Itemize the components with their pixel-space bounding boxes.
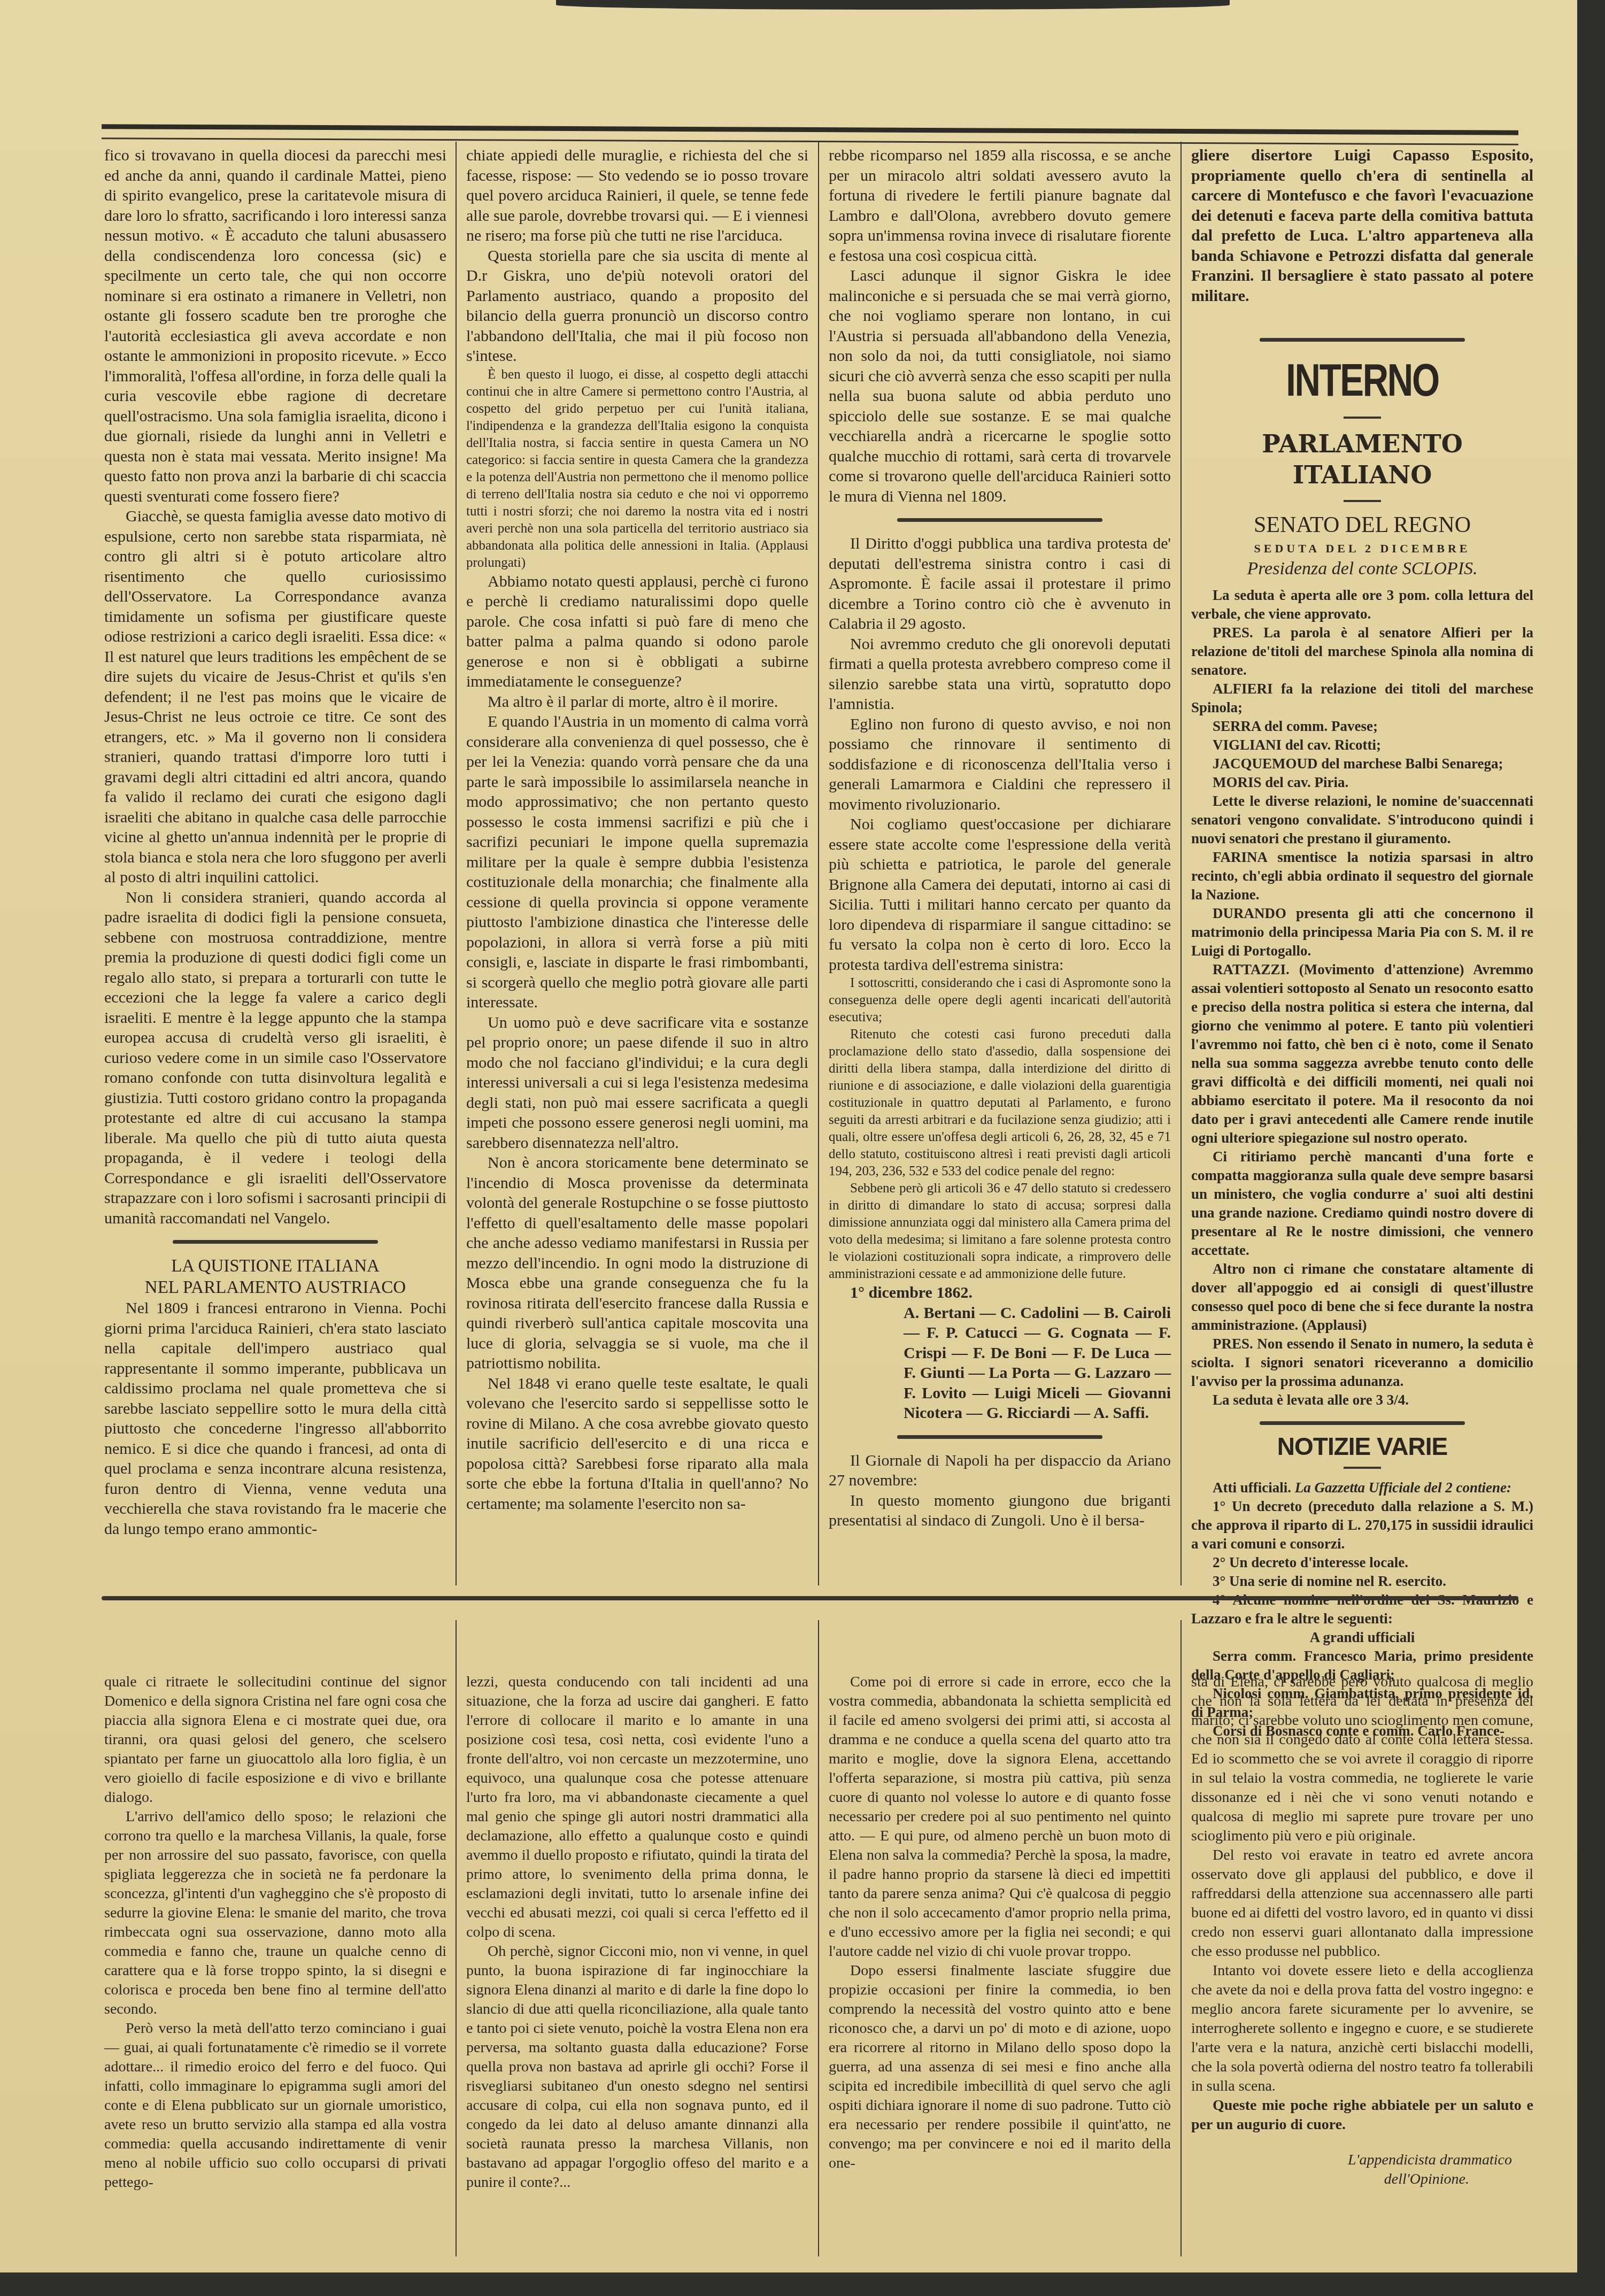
protest-paragraph: Sebbene però gli articoli 36 e 47 dello … (829, 1180, 1171, 1283)
proceedings-paragraph: La seduta è levata alle ore 3 3/4. (1191, 1391, 1533, 1409)
feuilleton-paragraph: Del resto voi eravate in teatro ed avret… (1191, 1846, 1533, 1961)
proceedings-paragraph: DURANDO presenta gli atti che concernono… (1191, 904, 1533, 960)
column-divider (1180, 142, 1182, 1585)
article-paragraph: Non è ancora storicamente bene determina… (466, 1153, 808, 1374)
top-column-4: gliere disertore Luigi Capasso Esposito,… (1191, 145, 1533, 1740)
header-double-rule (102, 124, 1518, 145)
feuilleton-paragraph: Intanto voi dovete essere lieto e della … (1191, 1961, 1533, 2096)
session-date: SEDUTA DEL 2 DICEMBRE (1191, 538, 1533, 559)
signatories-list: A. Bertani — C. Cadolini — B. Cairoli — … (829, 1303, 1171, 1423)
article-paragraph: Questa storiella pare che sia uscita di … (466, 246, 808, 366)
feuilleton-paragraph: stà di Elena, ci sarebbe però voluto qua… (1191, 1673, 1533, 1846)
protest-paragraph: I sottoscritti, considerando che i casi … (829, 975, 1171, 1026)
feuilleton-paragraph: quale ci ritraete le sollecitudini conti… (104, 1673, 446, 1807)
heading-interno: INTERNO (1229, 353, 1495, 407)
proceedings-paragraph: PRES. Non essendo il Senato in numero, l… (1191, 1335, 1533, 1391)
article-paragraph: Abbiamo notato questi applausi, perchè c… (466, 572, 808, 692)
signature-line: L'appendicista drammatico (1191, 2151, 1533, 2170)
heading-parlamento-italiano: PARLAMENTO ITALIANO (1191, 428, 1533, 490)
proceedings-paragraph: MORIS del cav. Piria. (1191, 773, 1533, 792)
proceedings-paragraph: ALFIERI fa la relazione dei titoli del m… (1191, 680, 1533, 717)
article-paragraph: Giacchè, se questa famiglia avesse dato … (104, 506, 446, 888)
section-rule (1260, 1421, 1465, 1425)
scanner-border (0, 2272, 1605, 2296)
column-divider (456, 1620, 457, 2256)
proceedings-paragraph: Ci ritiriamo perchè mancanti d'una forte… (1191, 1147, 1533, 1260)
section-subtitle: NEL PARLAMENTO AUSTRIACO (104, 1277, 446, 1298)
article-paragraph: Non li considera stranieri, quando accor… (104, 888, 446, 1229)
short-rule (1344, 500, 1381, 502)
feuilleton-paragraph: L'arrivo dell'amico dello sposo; le rela… (104, 1807, 446, 2019)
article-paragraph: Lasci adunque il signor Giskra le idee m… (829, 266, 1171, 506)
grandi-ufficiali-heading: A grandi ufficiali (1191, 1628, 1533, 1647)
short-rule (1344, 1467, 1381, 1469)
feuilleton-paragraph: Però verso la metà dell'atto terzo comin… (104, 2019, 446, 2192)
column-divider (1180, 1620, 1182, 2256)
feuilleton-separator (102, 1596, 1518, 1600)
article-paragraph: Un uomo può e deve sacrificare vita e so… (466, 1013, 808, 1153)
article-paragraph: In questo momento giungono due briganti … (829, 1491, 1171, 1531)
feuilleton-paragraph: Dopo essersi finalmente lasciate sfuggir… (829, 1961, 1171, 2173)
heading-senato: SENATO DEL REGNO (1191, 512, 1533, 538)
proceedings-paragraph: FARINA smentisce la notizia sparsasi in … (1191, 848, 1533, 904)
newspaper-page: fico si trovavano in quella diocesi da p… (0, 0, 1577, 2272)
section-rule (897, 518, 1102, 522)
scanner-border (1577, 0, 1605, 2296)
short-rule (1344, 417, 1381, 419)
article-paragraph: Il Diritto d'oggi pubblica una tardiva p… (829, 534, 1171, 634)
top-column-2: chiate appiedi delle muraglie, e richies… (466, 145, 808, 1514)
proceedings-paragraph: La seduta è aperta alle ore 3 pom. colla… (1191, 586, 1533, 623)
section-rule (897, 1435, 1102, 1439)
feuilleton-column-3: Come poi di errore si cade in errore, ec… (829, 1673, 1171, 2173)
presidency: Presidenza del conte SCLOPIS. (1191, 559, 1533, 579)
feuilleton-paragraph: lezzi, questa conducendo con tali incide… (466, 1673, 808, 1942)
official-act-item: 3° Una serie di nomine nel R. esercito. (1191, 1572, 1533, 1591)
proceedings-paragraph: PRES. La parola è al senatore Alfieri pe… (1191, 623, 1533, 680)
proceedings-paragraph: Lette le diverse relazioni, le nomine de… (1191, 792, 1533, 848)
column-divider (456, 142, 457, 1585)
proceedings-paragraph: VIGLIANI del cav. Ricotti; (1191, 736, 1533, 754)
torn-edge (556, 0, 1230, 10)
feuilleton-paragraph: Come poi di errore si cade in errore, ec… (829, 1673, 1171, 1961)
column-divider (818, 1620, 819, 2256)
proceedings-paragraph: SERRA del comm. Pavese; (1191, 717, 1533, 736)
heading-notizie-varie: NOTIZIE VARIE (1191, 1437, 1533, 1457)
protest-text: I sottoscritti, considerando che i casi … (829, 975, 1171, 1283)
proceedings-paragraph: JACQUEMOUD del marchese Balbi Senarega; (1191, 754, 1533, 773)
quoted-speech: È ben questo il luogo, ei disse, al cosp… (466, 366, 808, 572)
article-paragraph: Ma altro è il parlar di morte, altro è i… (466, 692, 808, 712)
feuilleton-column-2: lezzi, questa conducendo con tali incide… (466, 1673, 808, 2192)
protest-paragraph: Ritenuto che cotesti casi furono precedu… (829, 1026, 1171, 1180)
article-paragraph: rebbe ricomparso nel 1859 alla riscossa,… (829, 145, 1171, 266)
article-paragraph: Noi cogliamo quest'occasione per dichiar… (829, 814, 1171, 975)
proceedings-paragraph: Altro non ci rimane che constatare altam… (1191, 1260, 1533, 1335)
feuilleton-paragraph: Oh perchè, signor Cicconi mio, non vi ve… (466, 1942, 808, 2192)
article-paragraph: Eglino non furono di questo avviso, e no… (829, 714, 1171, 815)
article-paragraph: Nel 1809 i francesi entrarono in Vienna.… (104, 1298, 446, 1539)
section-rule (173, 1240, 378, 1244)
article-paragraph: fico si trovavano in quella diocesi da p… (104, 145, 446, 506)
official-act-item: 1° Un decreto (preceduto dalla relazione… (1191, 1497, 1533, 1553)
article-paragraph: gliere disertore Luigi Capasso Esposito,… (1191, 145, 1533, 306)
article-paragraph: Noi avremmo creduto che gli onorevoli de… (829, 634, 1171, 714)
article-paragraph: Nel 1848 vi erano quelle teste esaltate,… (466, 1374, 808, 1514)
article-paragraph: Il Giornale di Napoli ha per dispaccio d… (829, 1451, 1171, 1491)
feuilleton-paragraph: Queste mie poche righe abbiatele per un … (1191, 2096, 1533, 2135)
section-rule (1260, 338, 1465, 342)
article-paragraph: chiate appiedi delle muraglie, e richies… (466, 145, 808, 246)
signature-line: dell'Opinione. (1191, 2170, 1533, 2189)
official-acts-text: La Gazzetta Ufficiale del 2 contiene: (1295, 1480, 1511, 1496)
top-column-3: rebbe ricomparso nel 1859 alla riscossa,… (829, 145, 1171, 1531)
feuilleton-column-1: quale ci ritraete le sollecitudini conti… (104, 1673, 446, 2192)
proceedings-paragraph: RATTAZZI. (Movimento d'attenzione) Avrem… (1191, 960, 1533, 1147)
top-column-1: fico si trovavano in quella diocesi da p… (104, 145, 446, 1539)
official-acts-lead: Atti ufficiali. (1213, 1480, 1291, 1496)
protest-date: 1° dicembre 1862. (829, 1283, 1171, 1303)
column-divider (818, 142, 819, 1585)
official-act-item: 2° Un decreto d'interesse locale. (1191, 1553, 1533, 1572)
senate-proceedings: La seduta è aperta alle ore 3 pom. colla… (1191, 586, 1533, 1409)
article-paragraph: E quando l'Austria in un momento di calm… (466, 712, 808, 1013)
feuilleton-column-4: stà di Elena, ci sarebbe però voluto qua… (1191, 1673, 1533, 2189)
section-title: LA QUISTIONE ITALIANA (104, 1255, 446, 1277)
official-acts-intro: Atti ufficiali. La Gazzetta Ufficiale de… (1191, 1478, 1533, 1497)
